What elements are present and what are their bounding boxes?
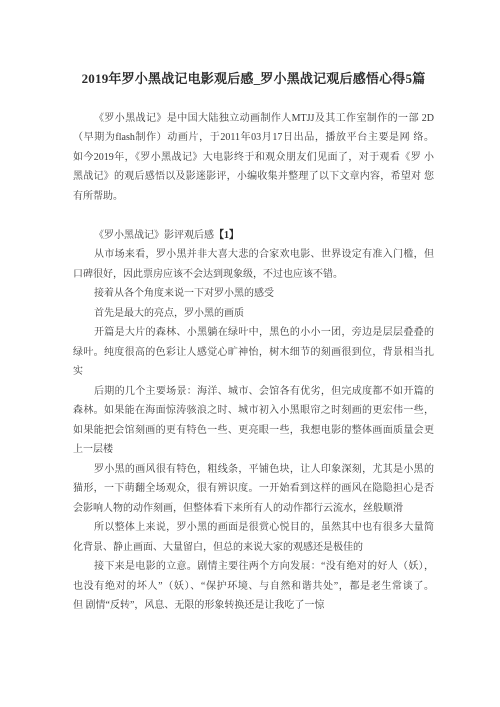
paragraph: 后期的几个主要场景：海洋、城市、会馆各有优劣，但完成度都不如开篇的森林。如果能在… xyxy=(73,382,434,460)
paragraph-line: 猫形，一下萌翻全场观众，很有辨识度。一开始看到这样的画风在隐隐担心是否 xyxy=(73,479,434,499)
paragraph-line: 绿叶。纯度很高的色彩让人感觉心旷神怡，树木细节的刻画很到位，背景相当扎 xyxy=(73,343,434,363)
paragraph-line: 首先是最大的亮点，罗小黑的画质 xyxy=(73,304,434,324)
paragraph-line: 也没有绝对的坏人”（妖）、“保护环境、与自然和谐共处”，都是老生常谈了。 xyxy=(73,577,434,597)
document-body: 《罗小黑战记》是中国大陆独立动画制作人MTJJ及其工作室制作的一部 2D（早期为… xyxy=(73,109,434,616)
paragraph-line: 会影响人物的动作刻画，但整体看下来所有人的动作都行云流水，丝般顺滑 xyxy=(73,499,434,519)
paragraph-line: 《罗小黑战记》是中国大陆独立动画制作人MTJJ及其工作室制作的一部 2D xyxy=(73,109,434,129)
paragraph-line: 上一层楼 xyxy=(73,440,434,460)
paragraph-line: 化背景、静止画面、大量留白，但总的来说大家的观感还是极佳的 xyxy=(73,538,434,558)
paragraph-line: 罗小黑的画风很有特色，粗线条，平铺色块，让人印象深刻，尤其是小黑的 xyxy=(73,460,434,480)
paragraph: 《罗小黑战记》影评观后感【1】 xyxy=(73,226,434,246)
paragraph: 开篇是大片的森林、小黑躺在绿叶中，黑色的小小一团，旁边是层层叠叠的绿叶。纯度很高… xyxy=(73,323,434,382)
paragraph-line: 所以整体上来说，罗小黑的画面是很赏心悦目的，虽然其中也有很多大量简 xyxy=(73,518,434,538)
paragraph-line: 从市场来看，罗小黑并非大喜大悲的合家欢电影、世界设定有准入门槛，但 xyxy=(73,245,434,265)
paragraph: 罗小黑的画风很有特色，粗线条，平铺色块，让人印象深刻，尤其是小黑的猫形，一下萌翻… xyxy=(73,460,434,519)
paragraph-line: 口碑很好，因此票房应该不会达到现象级，不过也应该不错。 xyxy=(73,265,434,285)
paragraph: 首先是最大的亮点，罗小黑的画质 xyxy=(73,304,434,324)
paragraph-line: 如果能把会馆刻画的更有特色一些、更亮眼一些，我想电影的整体画面质量会更 xyxy=(73,421,434,441)
paragraph-line: 黑战记》的观后感悟以及影迷影评，小编收集并整理了以下文章内容，希望对 您 xyxy=(73,167,434,187)
paragraph: 从市场来看，罗小黑并非大喜大悲的合家欢电影、世界设定有准入门槛，但口碑很好，因此… xyxy=(73,245,434,284)
document-page: 2019年罗小黑战记电影观后感_罗小黑战记观后感悟心得5篇 《罗小黑战记》是中国… xyxy=(0,0,500,707)
paragraph-line: 森林。如果能在海面惊涛骇浪之时、城市初入小黑眼帘之时刻画的更宏伟一些， xyxy=(73,401,434,421)
paragraph-line: 但 剧情“反转”，风息、无限的形象转换还是让我吃了一惊 xyxy=(73,596,434,616)
paragraph: 接下来是电影的立意。剧情主要往两个方向发展：“没有绝对的好人（妖），也没有绝对的… xyxy=(73,557,434,616)
paragraph-line: 《罗小黑战记》影评观后感【1】 xyxy=(73,226,434,246)
section-number: 【1】 xyxy=(214,230,239,241)
paragraph-line: 如今2019年，《罗小黑战记》大电影终于和观众朋友们见面了，对于观看《罗 小 xyxy=(73,148,434,168)
paragraph: 《罗小黑战记》是中国大陆独立动画制作人MTJJ及其工作室制作的一部 2D（早期为… xyxy=(73,109,434,207)
paragraph-line: 有所帮助。 xyxy=(73,187,434,207)
paragraph-line: 接着从各个角度来说一下对罗小黑的感受 xyxy=(73,284,434,304)
page-title: 2019年罗小黑战记电影观后感_罗小黑战记观后感悟心得5篇 xyxy=(73,69,434,89)
paragraph-line: 后期的几个主要场景：海洋、城市、会馆各有优劣，但完成度都不如开篇的 xyxy=(73,382,434,402)
paragraph: 所以整体上来说，罗小黑的画面是很赏心悦目的，虽然其中也有很多大量简化背景、静止画… xyxy=(73,518,434,557)
paragraph-line: 开篇是大片的森林、小黑躺在绿叶中，黑色的小小一团，旁边是层层叠叠的 xyxy=(73,323,434,343)
paragraph: 接着从各个角度来说一下对罗小黑的感受 xyxy=(73,284,434,304)
paragraph-line: 实 xyxy=(73,362,434,382)
paragraph-line: （早期为flash制作）动画片，于2011年03月17日出品，播放平台主要是网 … xyxy=(73,128,434,148)
paragraph-line: 接下来是电影的立意。剧情主要往两个方向发展：“没有绝对的好人（妖）， xyxy=(73,557,434,577)
